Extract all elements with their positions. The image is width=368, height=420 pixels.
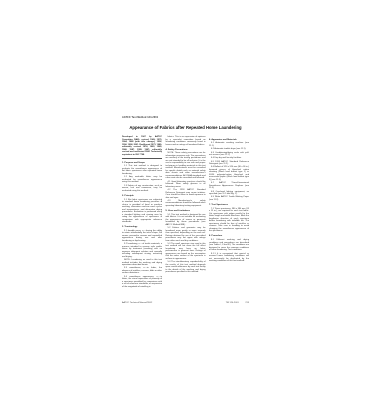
page-title: Appearance of Fabrics after Repeated Hom…	[122, 125, 249, 130]
body-paragraph: NOTE: These safety precautions are for i…	[166, 152, 206, 180]
body-paragraph: 1.1 This test method is designed to eval…	[122, 165, 162, 175]
body-paragraph: 5.2 Fabrics and garments may be laundere…	[166, 227, 206, 242]
body-paragraph: 4.3 Manufacturer's safety recommendation…	[166, 200, 206, 208]
body-paragraph: 6.5 1993 AATCC Standard Reference Deterg…	[209, 161, 249, 166]
section-heading: 3. Terminology	[122, 226, 162, 229]
body-paragraph: 4.1 Good laboratory practices should be …	[166, 181, 206, 189]
body-paragraph: 1.2 Any washable fabric may be evaluated…	[122, 176, 162, 184]
body-paragraph: 5.1 This test method is designed for use…	[166, 214, 206, 227]
document-content: AATCC Test Method 124-2001 Appearance of…	[122, 116, 249, 304]
body-paragraph: fabrics. This is an expression of opinio…	[166, 136, 206, 146]
foreword-divider	[122, 158, 162, 159]
footer-method-label: TM 124-2001	[226, 302, 239, 304]
document-page: AATCC Test Method 124-2001 Appearance of…	[0, 0, 368, 420]
footer-right-group: TM 124-2001 213	[226, 302, 249, 304]
body-paragraph: 6.4 Drip dry and line dry facilities.	[209, 157, 249, 160]
body-paragraph: 3.4 smoothness appearance, n.—in fabric,…	[122, 276, 162, 289]
text-column-3: 6. Apparatus and Materials6.1 Automatic …	[209, 136, 249, 289]
body-paragraph: 2.1 Flat fabric specimens are subjected …	[122, 199, 162, 224]
body-paragraph: 6.8 Overhead lighting equipment, as spec…	[209, 191, 249, 196]
body-paragraph: 6.1 Automatic washing machine (see 11.1)…	[209, 142, 249, 147]
section-heading: 8. Procedure	[209, 235, 249, 238]
text-column-1: Developed in 1967 by AATCC Committee RA6…	[122, 136, 162, 289]
section-heading: 4. Safety Precautions	[166, 149, 206, 152]
body-paragraph: NOTE: Laundering as used in this test me…	[122, 259, 162, 267]
text-columns: Developed in 1967 by AATCC Committee RA6…	[122, 136, 249, 289]
body-paragraph: 8.1 Different washing and drying conditi…	[209, 239, 249, 252]
body-paragraph: 3.1 durable press, n.—having the ability…	[122, 230, 162, 243]
body-paragraph: 3.2 laundering, n.—of textile materials,…	[122, 243, 162, 258]
body-paragraph: 6.6 Ballast of 920 x 920 mm (36 x 36 in.…	[209, 166, 249, 181]
section-heading: 6. Apparatus and Materials	[209, 139, 249, 142]
body-paragraph: 4.2 The 1993 AATCC Standard Reference De…	[166, 189, 206, 199]
foreword-text: Developed in 1967 by AATCC Committee RA6…	[122, 136, 162, 156]
doc-footer: AATCC Technical Manual/2002 TM 124-2001 …	[122, 302, 249, 304]
body-paragraph: 6.7 AATCC Three-Dimensional Smoothness A…	[209, 182, 249, 190]
body-paragraph: 3.3 smoothness, n.—in fabric, the absenc…	[122, 267, 162, 275]
section-heading: 2. Principle	[122, 195, 162, 198]
section-heading: 5. Uses and Limitations	[166, 210, 206, 213]
footer-manual-label: AATCC Technical Manual/2002	[122, 302, 152, 304]
text-column-2: fabrics. This is an expression of opinio…	[166, 136, 206, 289]
body-paragraph: 5.3 The small specimen size used in this…	[166, 243, 206, 261]
footer-page-number: 213	[245, 302, 249, 304]
body-paragraph: 6.3 Conditioning/drying racks with pull-…	[209, 152, 249, 157]
body-paragraph: 6.2 Automatic tumble dryer (see 11.1).	[209, 148, 249, 151]
body-paragraph: 7.1 Three specimens, 380 x 380 mm (15 x …	[209, 208, 249, 233]
body-paragraph: 1.3 Fabrics of any construction, such as…	[122, 185, 162, 193]
body-paragraph: 5.4 The interlaboratory reproducibility …	[166, 261, 206, 274]
section-heading: 7. Test Specimens	[209, 204, 249, 207]
body-paragraph: 8.1.1 It is recognized that special or u…	[209, 253, 249, 263]
body-paragraph: 6.9 White AATCC Textile Blotting Paper (…	[209, 196, 249, 201]
doc-header-method-number: AATCC Test Method 124-2001	[122, 116, 249, 119]
section-heading: 1. Purpose and Scope	[122, 162, 162, 165]
